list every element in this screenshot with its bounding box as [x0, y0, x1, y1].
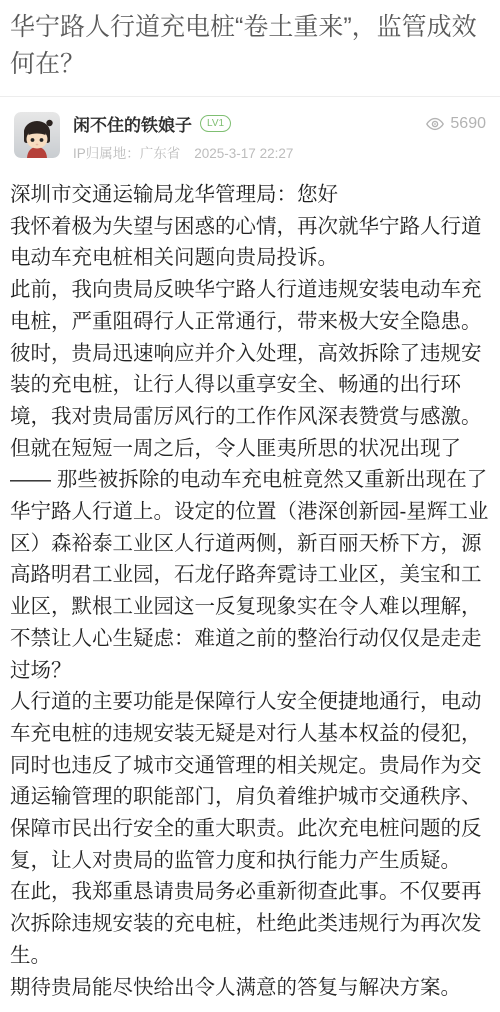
post-header: 华宁路人行道充电桩“卷土重来”，监管成效何在？	[0, 0, 500, 96]
author-card: 闲不住的铁娘子 LV1 IP归属地：广东省2025-3-17 22:27 569…	[0, 97, 500, 162]
post-page: 华宁路人行道充电桩“卷土重来”，监管成效何在？	[0, 0, 500, 1012]
level-badge: LV1	[200, 115, 231, 132]
post-paragraph: 但就在短短一周之后，令人匪夷所思的状况出现了—— 那些被拆除的电动车充电桩竟然又…	[10, 433, 490, 687]
girl-avatar-icon	[14, 112, 60, 158]
post-paragraph: 此前，我向贵局反映华宁路人行道违规安装电动车充电桩，严重阻碍行人正常通行，带来极…	[10, 274, 490, 337]
author-info: 闲不住的铁娘子 LV1 IP归属地：广东省2025-3-17 22:27	[73, 112, 425, 162]
post-paragraph: 在此，我郑重恳请贵局务必重新彻查此事。不仅要再次拆除违规安装的充电桩，杜绝此类违…	[10, 876, 490, 971]
view-counter: 5690	[425, 114, 486, 134]
post-paragraph: 期待贵局能尽快给出令人满意的答复与解决方案。	[10, 972, 490, 1004]
author-row-top: 闲不住的铁娘子 LV1	[73, 112, 425, 135]
view-count: 5690	[450, 115, 486, 133]
post-paragraph: 彼时，贵局迅速响应并介入处理，高效拆除了违规安装的充电桩，让行人得以重享安全、畅…	[10, 338, 490, 433]
post-timestamp: 2025-3-17 22:27	[194, 146, 293, 161]
post-paragraph: 人行道的主要功能是保障行人安全便捷地通行，电动车充电桩的违规安装无疑是对行人基本…	[10, 686, 490, 876]
post-title: 华宁路人行道充电桩“卷土重来”，监管成效何在？	[10, 9, 490, 83]
post-paragraph: 我怀着极为失望与困惑的心情，再次就华宁路人行道电动车充电桩相关问题向贵局投诉。	[10, 211, 490, 274]
author-row-meta: IP归属地：广东省2025-3-17 22:27	[73, 142, 425, 162]
avatar[interactable]	[14, 112, 60, 158]
ip-location-label: IP归属地：广东省	[73, 146, 180, 161]
eye-icon	[425, 114, 445, 134]
author-name[interactable]: 闲不住的铁娘子	[73, 111, 192, 136]
post-body: 深圳市交通运输局龙华管理局：您好 我怀着极为失望与困惑的心情，再次就华宁路人行道…	[0, 162, 500, 1003]
post-paragraph: 深圳市交通运输局龙华管理局：您好	[10, 179, 490, 211]
